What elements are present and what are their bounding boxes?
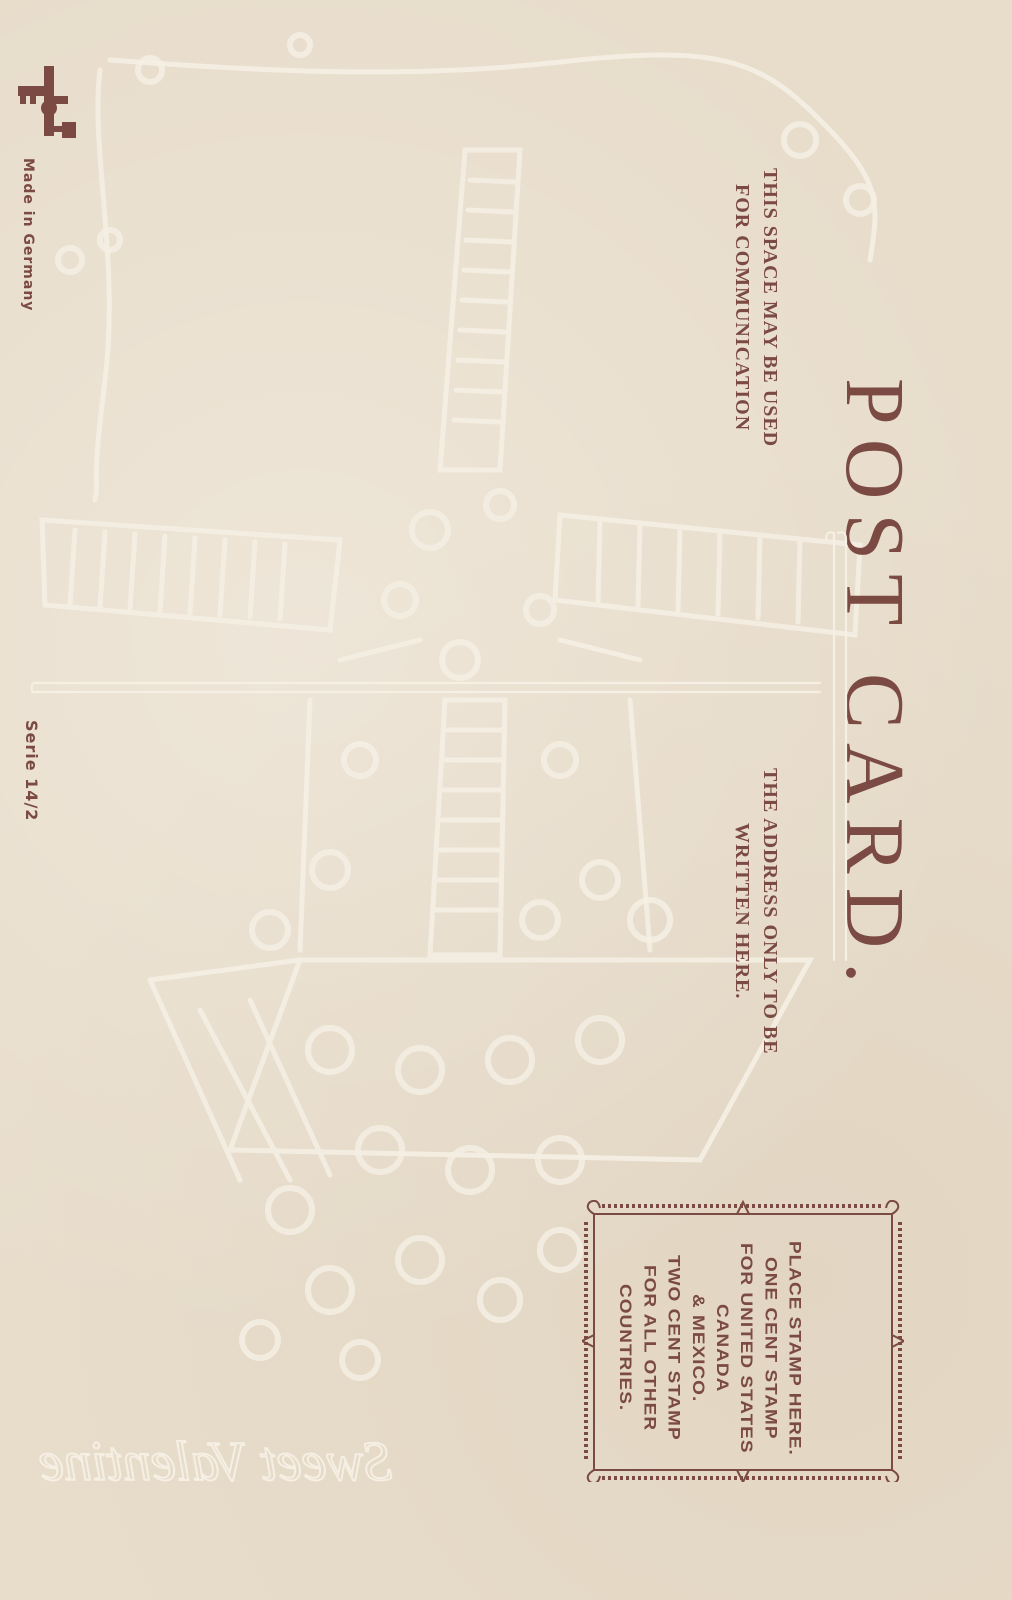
address-note: THE ADDRESS ONLY TO BE WRITTEN HERE. [728,768,784,1055]
postcard-back: Sweet Valentine Made in Germany Serie 14… [0,0,1012,1600]
post-card-title: POST CARD. [830,378,918,997]
svg-text:Sweet Valentine: Sweet Valentine [39,1431,392,1493]
made-in-germany-label: Made in Germany [20,158,36,311]
series-label: Serie 14/2 [22,720,41,821]
publisher-logo-icon [16,62,80,146]
stamp-instructions: PLACE STAMP HERE. ONE CENT STAMP FOR UNI… [612,1236,806,1460]
communication-note: THIS SPACE MAY BE USED FOR COMMUNICATION [728,168,784,447]
